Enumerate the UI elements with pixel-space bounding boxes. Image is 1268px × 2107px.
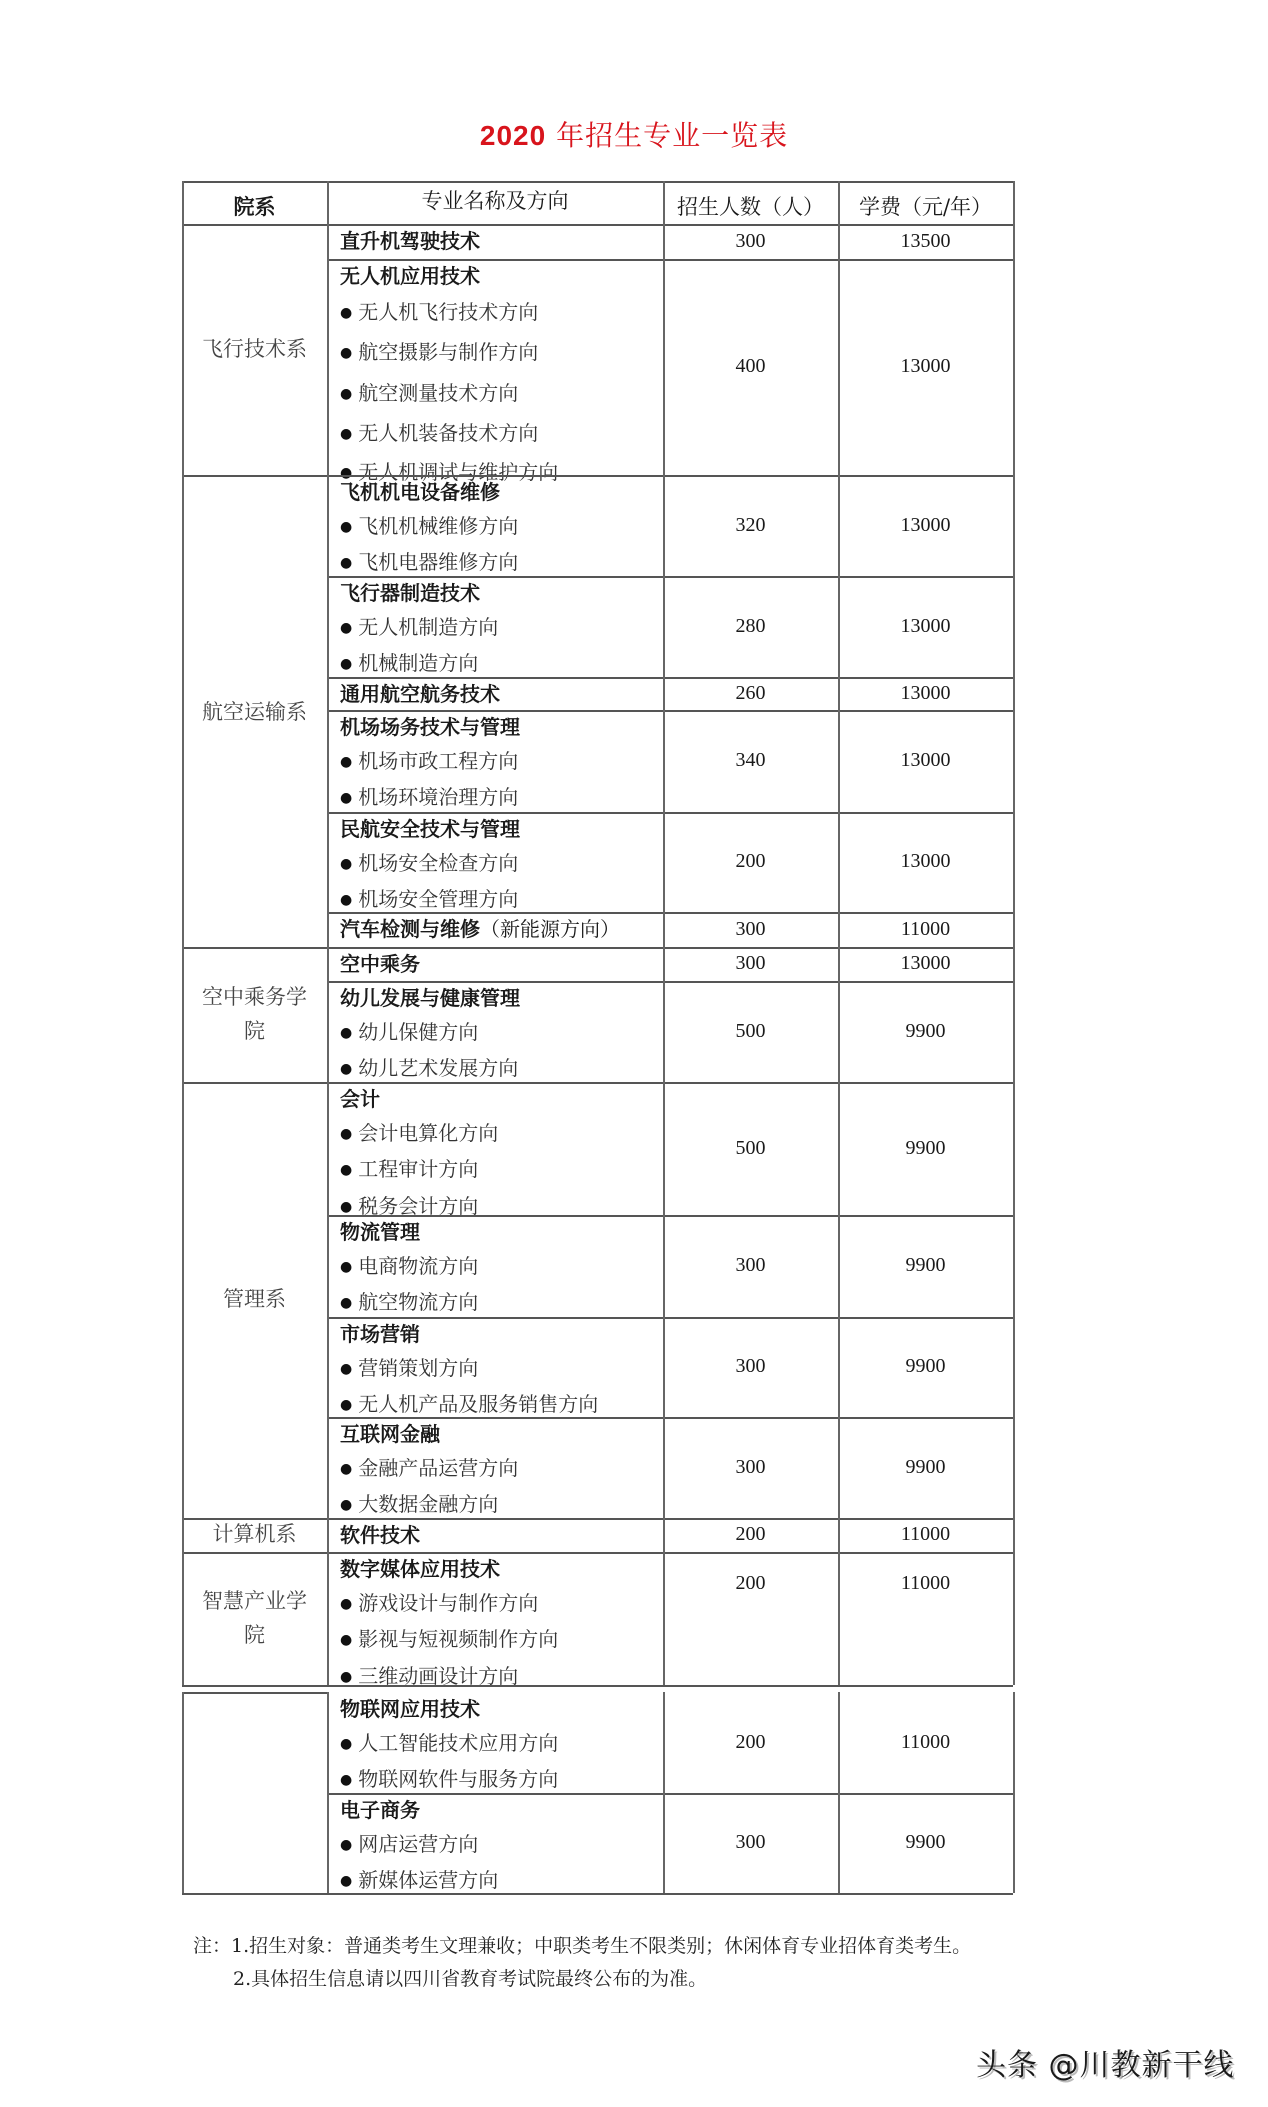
major-name: 直升机驾驶技术 xyxy=(340,225,480,259)
direction-item: 电商物流方向 xyxy=(340,1250,478,1287)
major-name-text: 机场场务技术与管理 xyxy=(340,715,520,739)
major-cell: 直升机驾驶技术 xyxy=(182,225,480,259)
major-name: 物流管理 xyxy=(340,1216,478,1250)
major-name: 软件技术 xyxy=(340,1519,420,1553)
department-name: 航空运输系 xyxy=(182,696,327,730)
direction-item: 营销策划方向 xyxy=(340,1352,598,1389)
grid-line xyxy=(1013,1692,1015,1893)
fee-cell: 13000 xyxy=(838,749,1013,772)
major-cell: 会计会计电算化方向工程审计方向税务会计方向 xyxy=(182,1083,498,1227)
major-name-text: 飞机机电设备维修 xyxy=(340,480,500,504)
count-cell: 300 xyxy=(663,230,838,253)
fee-cell: 11000 xyxy=(838,1572,1013,1595)
direction-item: 机场安全检查方向 xyxy=(340,847,520,884)
grid-line xyxy=(1013,181,1015,1685)
major-name-text: 软件技术 xyxy=(340,1523,420,1547)
department-name: 管理系 xyxy=(182,1283,327,1317)
major-name-text: 物联网应用技术 xyxy=(340,1697,480,1721)
department-name: 飞行技术系 xyxy=(182,333,327,367)
department-cell: 管理系 xyxy=(182,1283,327,1317)
major-cell: 无人机应用技术无人机飞行技术方向航空摄影与制作方向航空测量技术方向无人机装备技术… xyxy=(182,260,558,491)
major-name: 幼儿发展与健康管理 xyxy=(340,982,520,1016)
grid-line xyxy=(182,1692,184,1893)
grid-line xyxy=(327,1893,1013,1895)
count-cell: 300 xyxy=(663,1831,838,1854)
header-major: 专业名称及方向 xyxy=(327,185,663,215)
count-cell: 320 xyxy=(663,514,838,537)
major-cell: 市场营销营销策划方向无人机产品及服务销售方向 xyxy=(182,1318,598,1425)
direction-item: 网店运营方向 xyxy=(340,1828,498,1865)
fee-cell: 13000 xyxy=(838,850,1013,873)
title-text: 年招生专业一览表 xyxy=(546,119,788,152)
count-cell: 300 xyxy=(663,1355,838,1378)
major-name-text: 直升机驾驶技术 xyxy=(340,229,480,253)
count-cell: 200 xyxy=(663,850,838,873)
major-name: 飞机机电设备维修 xyxy=(340,476,518,510)
fee-cell: 9900 xyxy=(838,1355,1013,1378)
count-cell: 300 xyxy=(663,918,838,941)
notes: 注：1.招生对象：普通类考生文理兼收；中职类考生不限类别；休闲体育专业招体育类考… xyxy=(193,1930,971,1996)
grid-line xyxy=(182,1082,327,1084)
note-2: 2.具体招生信息请以四川省教育考试院最终公布的为准。 xyxy=(193,1963,971,1996)
major-name-text: 飞行器制造技术 xyxy=(340,581,480,605)
department-cell: 空中乘务学院 xyxy=(182,981,327,1048)
fee-cell: 9900 xyxy=(838,1831,1013,1854)
major-name-text: 幼儿发展与健康管理 xyxy=(340,986,520,1010)
major-name-text: 通用航空航务技术 xyxy=(340,682,500,706)
grid-line xyxy=(182,181,184,1685)
fee-cell: 9900 xyxy=(838,1020,1013,1043)
major-cell: 民航安全技术与管理机场安全检查方向机场安全管理方向 xyxy=(182,813,520,920)
direction-item: 会计电算化方向 xyxy=(340,1117,498,1154)
fee-cell: 13000 xyxy=(838,952,1013,975)
grid-line xyxy=(182,1893,327,1895)
header-fee: 学费（元/年） xyxy=(838,191,1013,221)
fee-cell: 11000 xyxy=(838,1731,1013,1754)
grid-line xyxy=(327,181,329,1685)
major-name-text: 市场营销 xyxy=(340,1322,420,1346)
count-cell: 200 xyxy=(663,1523,838,1546)
fee-cell: 13000 xyxy=(838,682,1013,705)
department-name: 院 xyxy=(182,1015,327,1049)
major-name-text: 电子商务 xyxy=(340,1798,420,1822)
fee-cell: 9900 xyxy=(838,1137,1013,1160)
direction-item: 航空测量技术方向 xyxy=(340,375,558,416)
major-name-text: 数字媒体应用技术 xyxy=(340,1557,500,1581)
grid-line xyxy=(182,181,1013,183)
header-dept: 院系 xyxy=(182,191,327,221)
grid-line xyxy=(182,947,327,949)
major-name: 会计 xyxy=(340,1083,498,1117)
count-cell: 260 xyxy=(663,682,838,705)
watermark: 头条 @川教新干线 xyxy=(976,2040,1235,2084)
count-cell: 200 xyxy=(663,1572,838,1595)
grid-line xyxy=(663,1692,665,1893)
department-name: 院 xyxy=(182,1619,327,1653)
direction-item: 飞机机械维修方向 xyxy=(340,510,518,547)
major-name-text: 互联网金融 xyxy=(340,1422,440,1446)
major-name: 电子商务 xyxy=(340,1794,498,1828)
direction-item: 新媒体运营方向 xyxy=(340,1864,498,1901)
grid-line xyxy=(663,181,665,1685)
major-name: 通用航空航务技术 xyxy=(340,678,500,712)
fee-cell: 13000 xyxy=(838,615,1013,638)
grid-line xyxy=(182,1692,327,1694)
fee-cell: 9900 xyxy=(838,1254,1013,1277)
major-name: 汽车检测与维修（新能源方向） xyxy=(340,913,620,947)
fee-cell: 13000 xyxy=(838,355,1013,378)
fee-cell: 13000 xyxy=(838,514,1013,537)
major-cell: 飞行器制造技术无人机制造方向机械制造方向 xyxy=(182,577,498,684)
count-cell: 500 xyxy=(663,1137,838,1160)
direction-item: 金融产品运营方向 xyxy=(340,1452,518,1489)
major-name-text: 物流管理 xyxy=(340,1220,420,1244)
count-cell: 400 xyxy=(663,355,838,378)
grid-line xyxy=(182,1685,327,1687)
department-cell: 智慧产业学院 xyxy=(182,1585,327,1652)
major-name: 市场营销 xyxy=(340,1318,598,1352)
direction-item: 无人机制造方向 xyxy=(340,611,498,648)
major-name-text: 无人机应用技术 xyxy=(340,264,480,288)
count-cell: 300 xyxy=(663,952,838,975)
major-cell: 飞机机电设备维修飞机机械维修方向飞机电器维修方向 xyxy=(182,476,518,583)
department-name: 智慧产业学 xyxy=(182,1585,327,1619)
count-cell: 300 xyxy=(663,1254,838,1277)
count-cell: 340 xyxy=(663,749,838,772)
count-cell: 500 xyxy=(663,1020,838,1043)
count-cell: 200 xyxy=(663,1731,838,1754)
department-name: 计算机系 xyxy=(182,1518,327,1552)
major-cell: 互联网金融金融产品运营方向大数据金融方向 xyxy=(182,1418,518,1525)
fee-cell: 11000 xyxy=(838,918,1013,941)
grid-line xyxy=(838,1692,840,1893)
major-cell: 物联网应用技术人工智能技术应用方向物联网软件与服务方向 xyxy=(182,1693,558,1800)
fee-cell: 11000 xyxy=(838,1523,1013,1546)
major-cell: 电子商务网店运营方向新媒体运营方向 xyxy=(182,1794,498,1901)
direction-item: 航空摄影与制作方向 xyxy=(340,334,558,375)
major-cell: 空中乘务 xyxy=(182,948,420,982)
major-name: 飞行器制造技术 xyxy=(340,577,498,611)
department-cell: 航空运输系 xyxy=(182,696,327,730)
direction-item: 影视与短视频制作方向 xyxy=(340,1623,558,1660)
major-name: 机场场务技术与管理 xyxy=(340,711,520,745)
title-year: 2020 xyxy=(480,120,546,151)
major-name: 空中乘务 xyxy=(340,948,420,982)
page-title: 2020 年招生专业一览表 xyxy=(0,114,1268,154)
direction-item: 人工智能技术应用方向 xyxy=(340,1727,558,1764)
direction-item: 机场市政工程方向 xyxy=(340,745,520,782)
fee-cell: 9900 xyxy=(838,1456,1013,1479)
grid-line xyxy=(327,1692,329,1893)
department-cell: 飞行技术系 xyxy=(182,333,327,367)
department-cell: 计算机系 xyxy=(182,1518,327,1552)
major-name-text: 空中乘务 xyxy=(340,952,420,976)
direction-item: 无人机飞行技术方向 xyxy=(340,294,558,335)
direction-item: 无人机装备技术方向 xyxy=(340,415,558,456)
grid-line xyxy=(182,475,327,477)
grid-line xyxy=(838,181,840,1685)
major-name-suffix: （新能源方向） xyxy=(480,917,620,941)
grid-line xyxy=(327,1685,1013,1687)
major-name: 数字媒体应用技术 xyxy=(340,1553,558,1587)
direction-item: 幼儿保健方向 xyxy=(340,1016,520,1053)
major-name: 物联网应用技术 xyxy=(340,1693,558,1727)
major-name-text: 汽车检测与维修 xyxy=(340,917,480,941)
grid-line xyxy=(182,1552,327,1554)
major-cell: 汽车检测与维修（新能源方向） xyxy=(182,913,620,947)
count-cell: 300 xyxy=(663,1456,838,1479)
count-cell: 280 xyxy=(663,615,838,638)
major-name: 无人机应用技术 xyxy=(340,260,558,294)
major-name: 民航安全技术与管理 xyxy=(340,813,520,847)
major-name: 互联网金融 xyxy=(340,1418,518,1452)
direction-item: 工程审计方向 xyxy=(340,1153,498,1190)
direction-item: 游戏设计与制作方向 xyxy=(340,1587,558,1624)
major-name-text: 民航安全技术与管理 xyxy=(340,817,520,841)
fee-cell: 13500 xyxy=(838,230,1013,253)
major-name-text: 会计 xyxy=(340,1087,380,1111)
note-1: 注：1.招生对象：普通类考生文理兼收；中职类考生不限类别；休闲体育专业招体育类考… xyxy=(193,1930,971,1963)
department-name: 空中乘务学 xyxy=(182,981,327,1015)
header-count: 招生人数（人） xyxy=(663,191,838,221)
